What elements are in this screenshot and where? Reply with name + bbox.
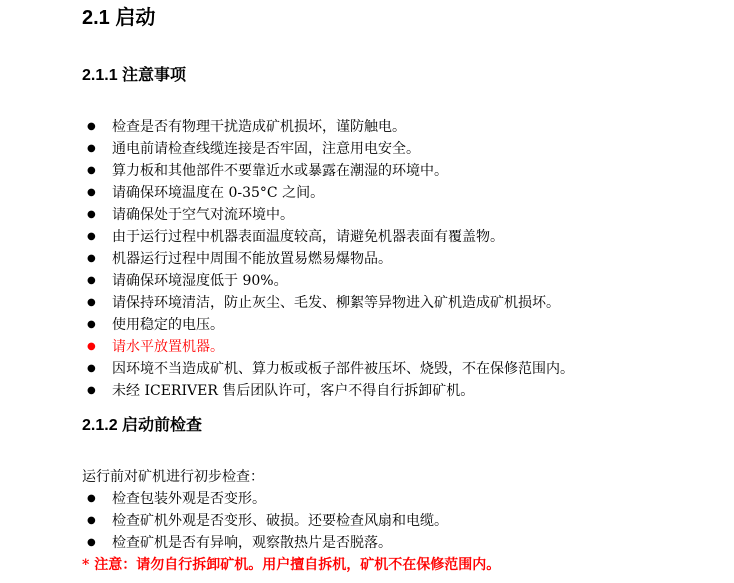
bullet-icon: ● bbox=[82, 510, 112, 532]
document-content: 2.1 启动 2.1.1 注意事项 ● 检查是否有物理干扰造成矿机损坏，谨防触电… bbox=[0, 0, 734, 576]
bullet-text: 请确保环境温度在 0-35°C 之间。 bbox=[112, 182, 724, 204]
list-item: ● 请确保环境温度在 0-35°C 之间。 bbox=[82, 182, 724, 204]
bullet-text: 检查包装外观是否变形。 bbox=[112, 488, 724, 510]
bullet-text: 通电前请检查线缆连接是否牢固，注意用电安全。 bbox=[112, 138, 724, 160]
bullet-icon: ● bbox=[82, 336, 112, 358]
list-item: ● 未经 ICERIVER 售后团队许可，客户不得自行拆卸矿机。 bbox=[82, 380, 724, 402]
list-item: ● 检查包装外观是否变形。 bbox=[82, 488, 724, 510]
list-item: ● 检查矿机外观是否变形、破损。还要检查风扇和电缆。 bbox=[82, 510, 724, 532]
bullet-icon: ● bbox=[82, 160, 112, 182]
bullet-text: 请保持环境清洁，防止灰尘、毛发、柳絮等异物进入矿机造成矿机损坏。 bbox=[112, 292, 724, 314]
section-heading-precautions: 2.1.1 注意事项 bbox=[82, 66, 724, 86]
section-heading-pre-start-check: 2.1.2 启动前检查 bbox=[82, 416, 724, 436]
list-item: ● 检查是否有物理干扰造成矿机损坏，谨防触电。 bbox=[82, 116, 724, 138]
bullet-text: 检查矿机外观是否变形、破损。还要检查风扇和电缆。 bbox=[112, 510, 724, 532]
bullet-icon: ● bbox=[82, 182, 112, 204]
list-item-warning: ● 请水平放置机器。 bbox=[82, 336, 724, 358]
list-item: ● 请确保处于空气对流环境中。 bbox=[82, 204, 724, 226]
bullet-text: 未经 ICERIVER 售后团队许可，客户不得自行拆卸矿机。 bbox=[112, 380, 724, 402]
bullet-text: 检查是否有物理干扰造成矿机损坏，谨防触电。 bbox=[112, 116, 724, 138]
list-item: ● 通电前请检查线缆连接是否牢固，注意用电安全。 bbox=[82, 138, 724, 160]
bullet-icon: ● bbox=[82, 270, 112, 292]
list-item: ● 检查矿机是否有异响，观察散热片是否脱落。 bbox=[82, 532, 724, 554]
list-item: ● 因环境不当造成矿机、算力板或板子部件被压坏、烧毁，不在保修范围内。 bbox=[82, 358, 724, 380]
bullet-text: 机器运行过程中周围不能放置易燃易爆物品。 bbox=[112, 248, 724, 270]
bullet-icon: ● bbox=[82, 292, 112, 314]
bullet-icon: ● bbox=[82, 314, 112, 336]
bullet-text: 检查矿机是否有异响，观察散热片是否脱落。 bbox=[112, 532, 724, 554]
bullet-text: 请水平放置机器。 bbox=[112, 336, 724, 358]
bullet-icon: ● bbox=[82, 358, 112, 380]
bullet-text: 请确保处于空气对流环境中。 bbox=[112, 204, 724, 226]
bullet-icon: ● bbox=[82, 248, 112, 270]
bullet-text: 由于运行过程中机器表面温度较高，请避免机器表面有覆盖物。 bbox=[112, 226, 724, 248]
bullet-icon: ● bbox=[82, 380, 112, 402]
list-item: ● 请保持环境清洁，防止灰尘、毛发、柳絮等异物进入矿机造成矿机损坏。 bbox=[82, 292, 724, 314]
intro-paragraph: 运行前对矿机进行初步检查： bbox=[82, 466, 724, 488]
precautions-list: ● 检查是否有物理干扰造成矿机损坏，谨防触电。 ● 通电前请检查线缆连接是否牢固… bbox=[82, 116, 724, 402]
bullet-icon: ● bbox=[82, 532, 112, 554]
bullet-icon: ● bbox=[82, 204, 112, 226]
bullet-icon: ● bbox=[82, 138, 112, 160]
warning-note: * 注意：请勿自行拆卸矿机。用户擅自拆机，矿机不在保修范围内。 bbox=[82, 554, 724, 576]
bullet-icon: ● bbox=[82, 226, 112, 248]
bullet-icon: ● bbox=[82, 488, 112, 510]
pre-start-check-list: ● 检查包装外观是否变形。 ● 检查矿机外观是否变形、破损。还要检查风扇和电缆。… bbox=[82, 488, 724, 554]
list-item: ● 请确保环境湿度低于 90%。 bbox=[82, 270, 724, 292]
document-page: 2.1 启动 2.1.1 注意事项 ● 检查是否有物理干扰造成矿机损坏，谨防触电… bbox=[0, 0, 734, 583]
list-item: ● 由于运行过程中机器表面温度较高，请避免机器表面有覆盖物。 bbox=[82, 226, 724, 248]
bullet-text: 使用稳定的电压。 bbox=[112, 314, 724, 336]
bullet-text: 因环境不当造成矿机、算力板或板子部件被压坏、烧毁，不在保修范围内。 bbox=[112, 358, 724, 380]
list-item: ● 机器运行过程中周围不能放置易燃易爆物品。 bbox=[82, 248, 724, 270]
list-item: ● 使用稳定的电压。 bbox=[82, 314, 724, 336]
bullet-text: 算力板和其他部件不要靠近水或暴露在潮湿的环境中。 bbox=[112, 160, 724, 182]
bullet-text: 请确保环境湿度低于 90%。 bbox=[112, 270, 724, 292]
list-item: ● 算力板和其他部件不要靠近水或暴露在潮湿的环境中。 bbox=[82, 160, 724, 182]
bullet-icon: ● bbox=[82, 116, 112, 138]
page-title: 2.1 启动 bbox=[82, 6, 724, 30]
